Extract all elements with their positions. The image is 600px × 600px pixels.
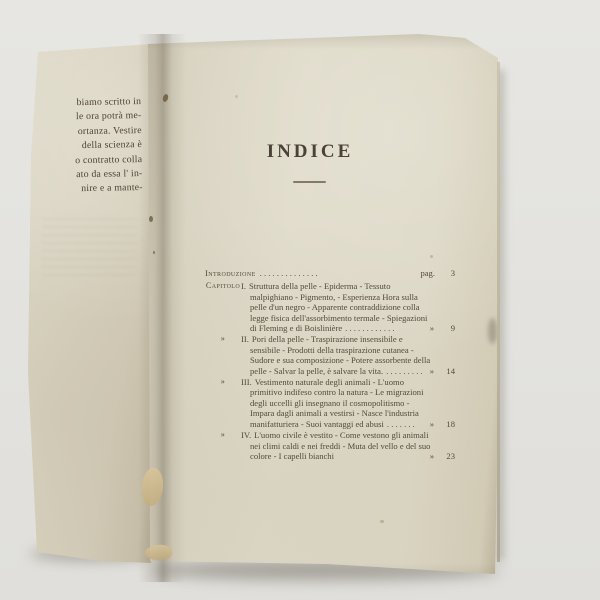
page-number: 3 [443,268,455,278]
foxing-spot [380,520,384,523]
ditto-mark: » [430,419,434,429]
dot-leader: . . . . . . . . . . . . [345,323,394,333]
dot-leader: . . . . . . . . . [386,366,423,376]
dot-leader: . . . . . . . . . . . . . . [256,268,421,278]
paper-speck [153,251,155,254]
page-abbrev-label: pag. [420,268,435,278]
toc-entry: » III.Vestimento naturale degli animali … [205,377,455,429]
toc-entry-body: III.Vestimento naturale degli animali - … [241,377,455,429]
chapter-margin-label: » [205,377,241,429]
right-page: INDICE Introduzione . . . . . . . . . . … [147,33,501,585]
chapter-margin-label: Capitolo [205,281,241,333]
dot-leader: . . . . . . . [387,419,415,429]
chapter-margin-label: » [205,334,241,376]
page-number-group: » 9 [430,323,455,333]
chapter-numeral: III. [241,377,252,387]
toc-introduction-row: Introduzione . . . . . . . . . . . . . .… [205,268,455,278]
left-page-text-line: della scienza è [30,138,142,154]
page-number: 18 [443,419,455,429]
toc-entry: » IV.L'uomo civile è vestito - Come vest… [205,430,455,461]
chapter-numeral: II. [241,334,249,344]
page-number-group: » 23 [430,451,455,461]
page-title: INDICE [147,141,473,163]
page-number: 9 [443,323,455,333]
ditto-mark: » [430,323,434,333]
page-number: 23 [443,451,455,461]
toc-entry-text: Struttura della pelle - Epiderma - Tessu… [249,281,427,333]
foxing-spot [235,95,238,98]
title-divider [293,181,326,183]
table-of-contents: Introduzione . . . . . . . . . . . . . .… [205,268,455,462]
ditto-mark: » [430,451,434,461]
left-page-text-line: nire e a mante- [31,181,143,197]
toc-entry: Capitolo I.Struttura della pelle - Epide… [205,281,455,333]
chapter-margin-label: » [205,430,241,461]
paper-speck [149,216,153,222]
book-photo: biamo scritto inle ora potrà me-ortanza.… [0,0,600,600]
toc-entry-text: L'uomo civile è vestito - Come vestono g… [250,430,430,461]
left-page: biamo scritto inle ora potrà me-ortanza.… [28,42,151,565]
chapter-numeral: IV. [241,430,251,440]
left-page-text: biamo scritto inle ora potrà me-ortanza.… [29,95,143,198]
foxing-spot [262,455,265,457]
ditto-mark: » [430,366,434,376]
foxing-spot [430,255,433,258]
page-number-group: » 18 [430,419,455,429]
page-stack-edge [497,62,500,562]
chapter-numeral: I. [241,281,246,291]
page-number-group: » 14 [430,366,455,376]
edge-smudge [488,318,497,344]
toc-entry-body: I.Struttura della pelle - Epiderma - Tes… [241,281,455,333]
introduction-label: Introduzione [205,268,256,278]
toc-entry-body: II.Pori della pelle - Traspirazione inse… [241,334,455,376]
toc-entry-body: IV.L'uomo civile è vestito - Come veston… [241,430,455,461]
show-through-text [42,218,138,278]
page-number: 14 [443,366,455,376]
toc-entry: » II.Pori della pelle - Traspirazione in… [205,334,455,376]
